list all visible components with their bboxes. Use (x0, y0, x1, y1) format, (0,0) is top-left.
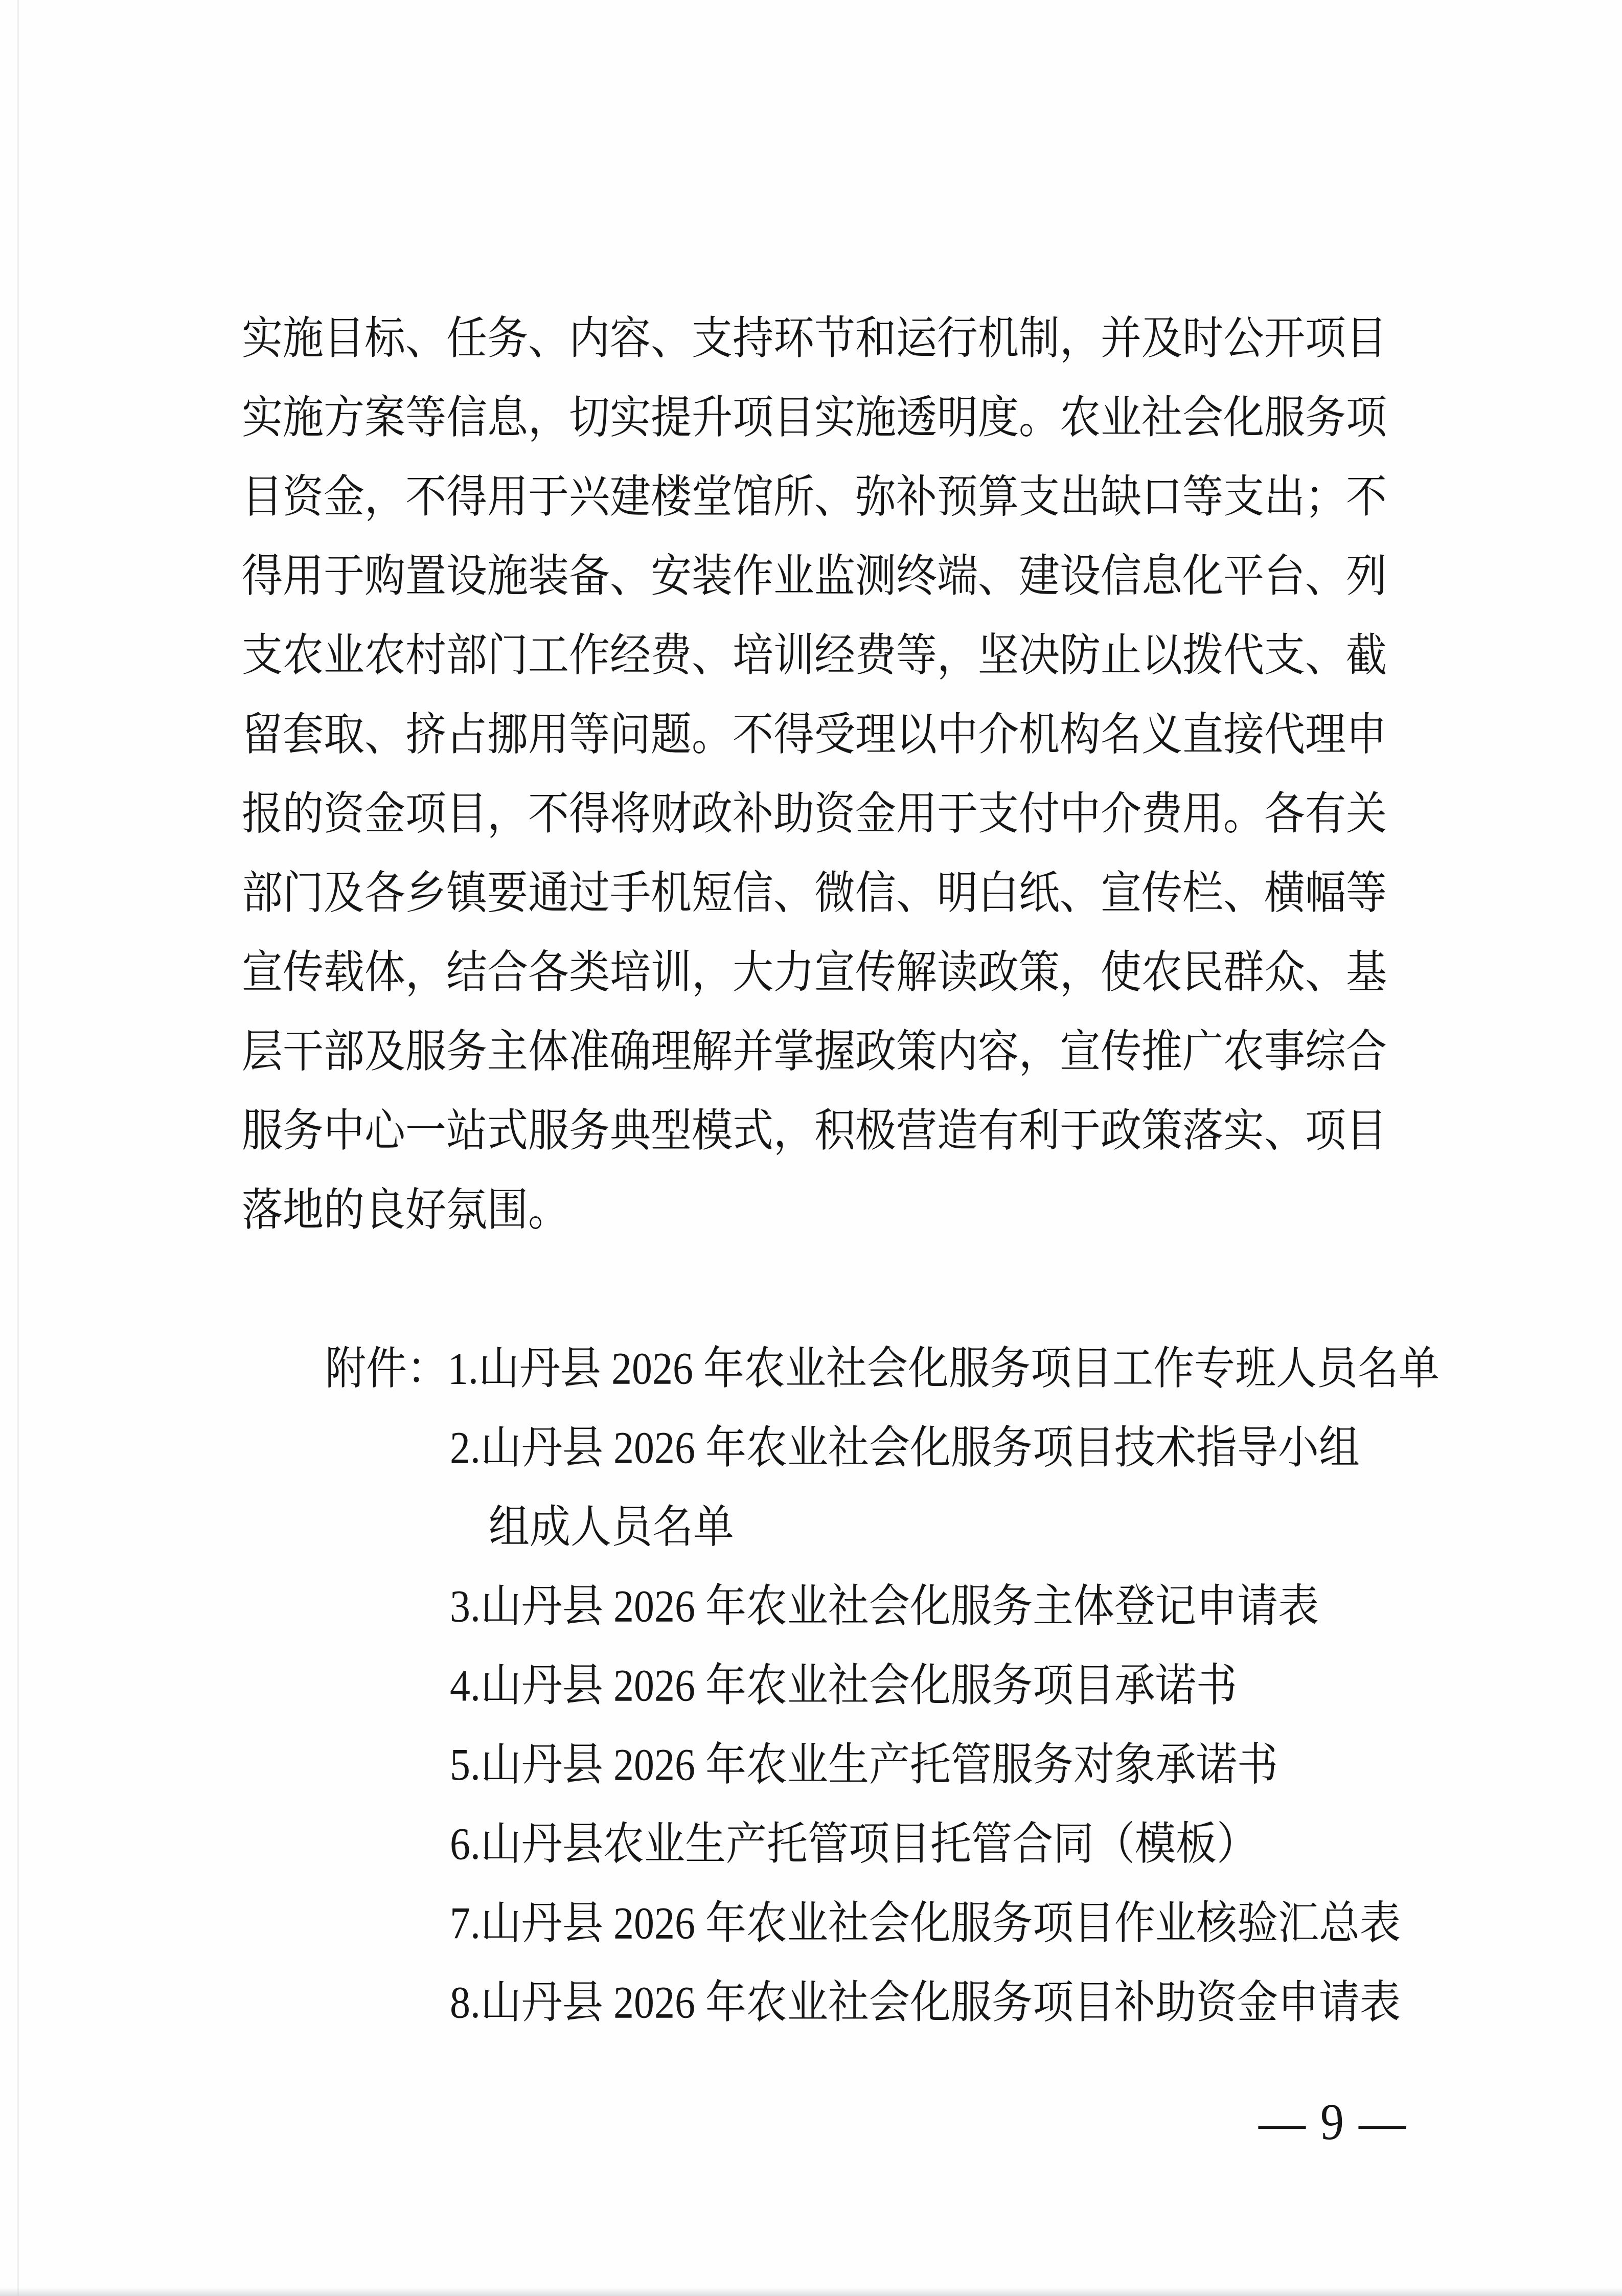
attachment-item: 5.山丹县 2026 年农业生产托管服务对象承诺书 (325, 1741, 1450, 1828)
attachment-item: 2.山丹县 2026 年农业社会化服务项目技术指导小组 (325, 1424, 1450, 1511)
paragraph-line: 落地的良好氛围。 (242, 1186, 1390, 1274)
attachments-label: 附件： (325, 1344, 448, 1394)
paragraph-line: 报的资金项目，不得将财政补助资金用于支付中介费用。各有关 (242, 790, 1390, 877)
scan-edge-line (17, 0, 19, 2296)
page-number: — 9 — (1259, 2096, 1407, 2148)
attachment-item: 4.山丹县 2026 年农业社会化服务项目承诺书 (325, 1662, 1450, 1749)
attachment-item: 7.山丹县 2026 年农业社会化服务项目作业核验汇总表 (325, 1899, 1450, 1987)
paragraph-line: 实施方案等信息，切实提升项目实施透明度。农业社会化服务项 (242, 394, 1390, 481)
paragraph-line: 支农业农村部门工作经费、培训经费等，坚决防止以拨代支、截 (242, 631, 1390, 719)
attachment-item: 1.山丹县 2026 年农业社会化服务项目工作专班人员名单 (448, 1344, 1440, 1394)
document-page: 实施目标、任务、内容、支持环节和运行机制，并及时公开项目 实施方案等信息，切实提… (0, 0, 1622, 2296)
attachment-item: 8.山丹县 2026 年农业社会化服务项目补助资金申请表 (325, 1979, 1450, 2066)
attachment-item: 6.山丹县农业生产托管项目托管合同（模板） (325, 1820, 1450, 1907)
attachments-section: 附件：1.山丹县 2026 年农业社会化服务项目工作专班人员名单 2.山丹县 2… (325, 1345, 1450, 2058)
paragraph-line: 得用于购置设施装备、安装作业监测终端、建设信息化平台、列 (242, 552, 1390, 640)
paragraph-line: 部门及各乡镇要通过手机短信、微信、明白纸、宣传栏、横幅等 (242, 869, 1390, 957)
attachment-item-continuation: 组成人员名单 (325, 1503, 1450, 1590)
paragraph-line: 目资金，不得用于兴建楼堂馆所、弥补预算支出缺口等支出；不 (242, 473, 1390, 560)
paragraph-line: 留套取、挤占挪用等问题。不得受理以中介机构名义直接代理申 (242, 711, 1390, 798)
paragraph-line: 实施目标、任务、内容、支持环节和运行机制，并及时公开项目 (242, 314, 1390, 402)
paragraph-line: 层干部及服务主体准确理解并掌握政策内容，宣传推广农事综合 (242, 1028, 1390, 1115)
body-paragraph: 实施目标、任务、内容、支持环节和运行机制，并及时公开项目 实施方案等信息，切实提… (242, 314, 1390, 1265)
scan-edge-shadow (0, 2288, 1622, 2296)
attachment-item: 3.山丹县 2026 年农业社会化服务主体登记申请表 (325, 1582, 1450, 1670)
paragraph-line: 宣传载体，结合各类培训，大力宣传解读政策，使农民群众、基 (242, 948, 1390, 1036)
attachment-row: 附件：1.山丹县 2026 年农业社会化服务项目工作专班人员名单 (325, 1345, 1450, 1432)
paragraph-line: 服务中心一站式服务典型模式，积极营造有利于政策落实、项目 (242, 1107, 1390, 1194)
